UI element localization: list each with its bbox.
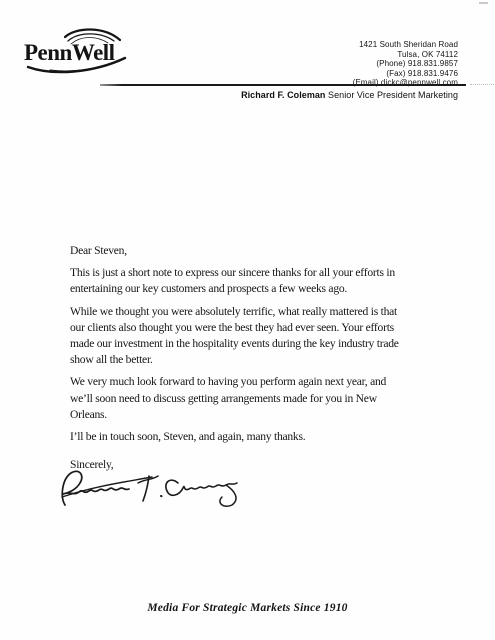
body-line: entertaining our key customers and prosp… — [70, 281, 470, 297]
body-line: I’ll be in touch soon, Steven, and again… — [70, 429, 470, 445]
body-line: This is just a short note to express our… — [70, 265, 470, 281]
letter-body: Dear Steven, This is just a short note t… — [70, 243, 470, 473]
body-line: Orleans. — [70, 407, 470, 423]
letter-page: PennWell 1421 South Sheridan Road Tulsa,… — [0, 0, 495, 640]
signature-script — [55, 463, 245, 513]
paragraph-4: I’ll be in touch soon, Steven, and again… — [70, 429, 470, 445]
paragraph-2: While we thought you were absolutely ter… — [70, 304, 470, 369]
letterhead-rule — [100, 84, 466, 86]
address-line: Tulsa, OK 74112 — [353, 50, 458, 60]
body-line: we’ll soon need to discuss getting arran… — [70, 391, 470, 407]
body-line: made our investment in the hospitality e… — [70, 336, 470, 352]
pennwell-logo: PennWell — [18, 24, 130, 78]
body-line: While we thought you were absolutely ter… — [70, 304, 470, 320]
contact-title: Senior Vice President Marketing — [328, 90, 458, 100]
body-line: our clients also thought you were the be… — [70, 320, 470, 336]
paragraph-1: This is just a short note to express our… — [70, 265, 470, 297]
body-line: show all the better. — [70, 352, 470, 368]
logo-wordmark: PennWell — [24, 40, 115, 65]
contact-name: Richard F. Coleman — [241, 90, 325, 100]
contact-line: Richard F. Coleman Senior Vice President… — [241, 90, 458, 100]
address-line: 1421 South Sheridan Road — [353, 40, 458, 50]
address-line-fax: (Fax) 918.831.9476 — [353, 69, 458, 79]
footer-tagline: Media For Strategic Markets Since 1910 — [0, 602, 495, 614]
address-line-phone: (Phone) 918.831.9857 — [353, 59, 458, 69]
letterhead-rule-dotted-tail — [470, 84, 494, 85]
greeting: Dear Steven, — [70, 243, 470, 259]
paragraph-3: We very much look forward to having you … — [70, 374, 470, 423]
scan-artifact — [479, 2, 488, 4]
body-line: We very much look forward to having you … — [70, 374, 470, 390]
letterhead-address: 1421 South Sheridan Road Tulsa, OK 74112… — [353, 40, 458, 88]
